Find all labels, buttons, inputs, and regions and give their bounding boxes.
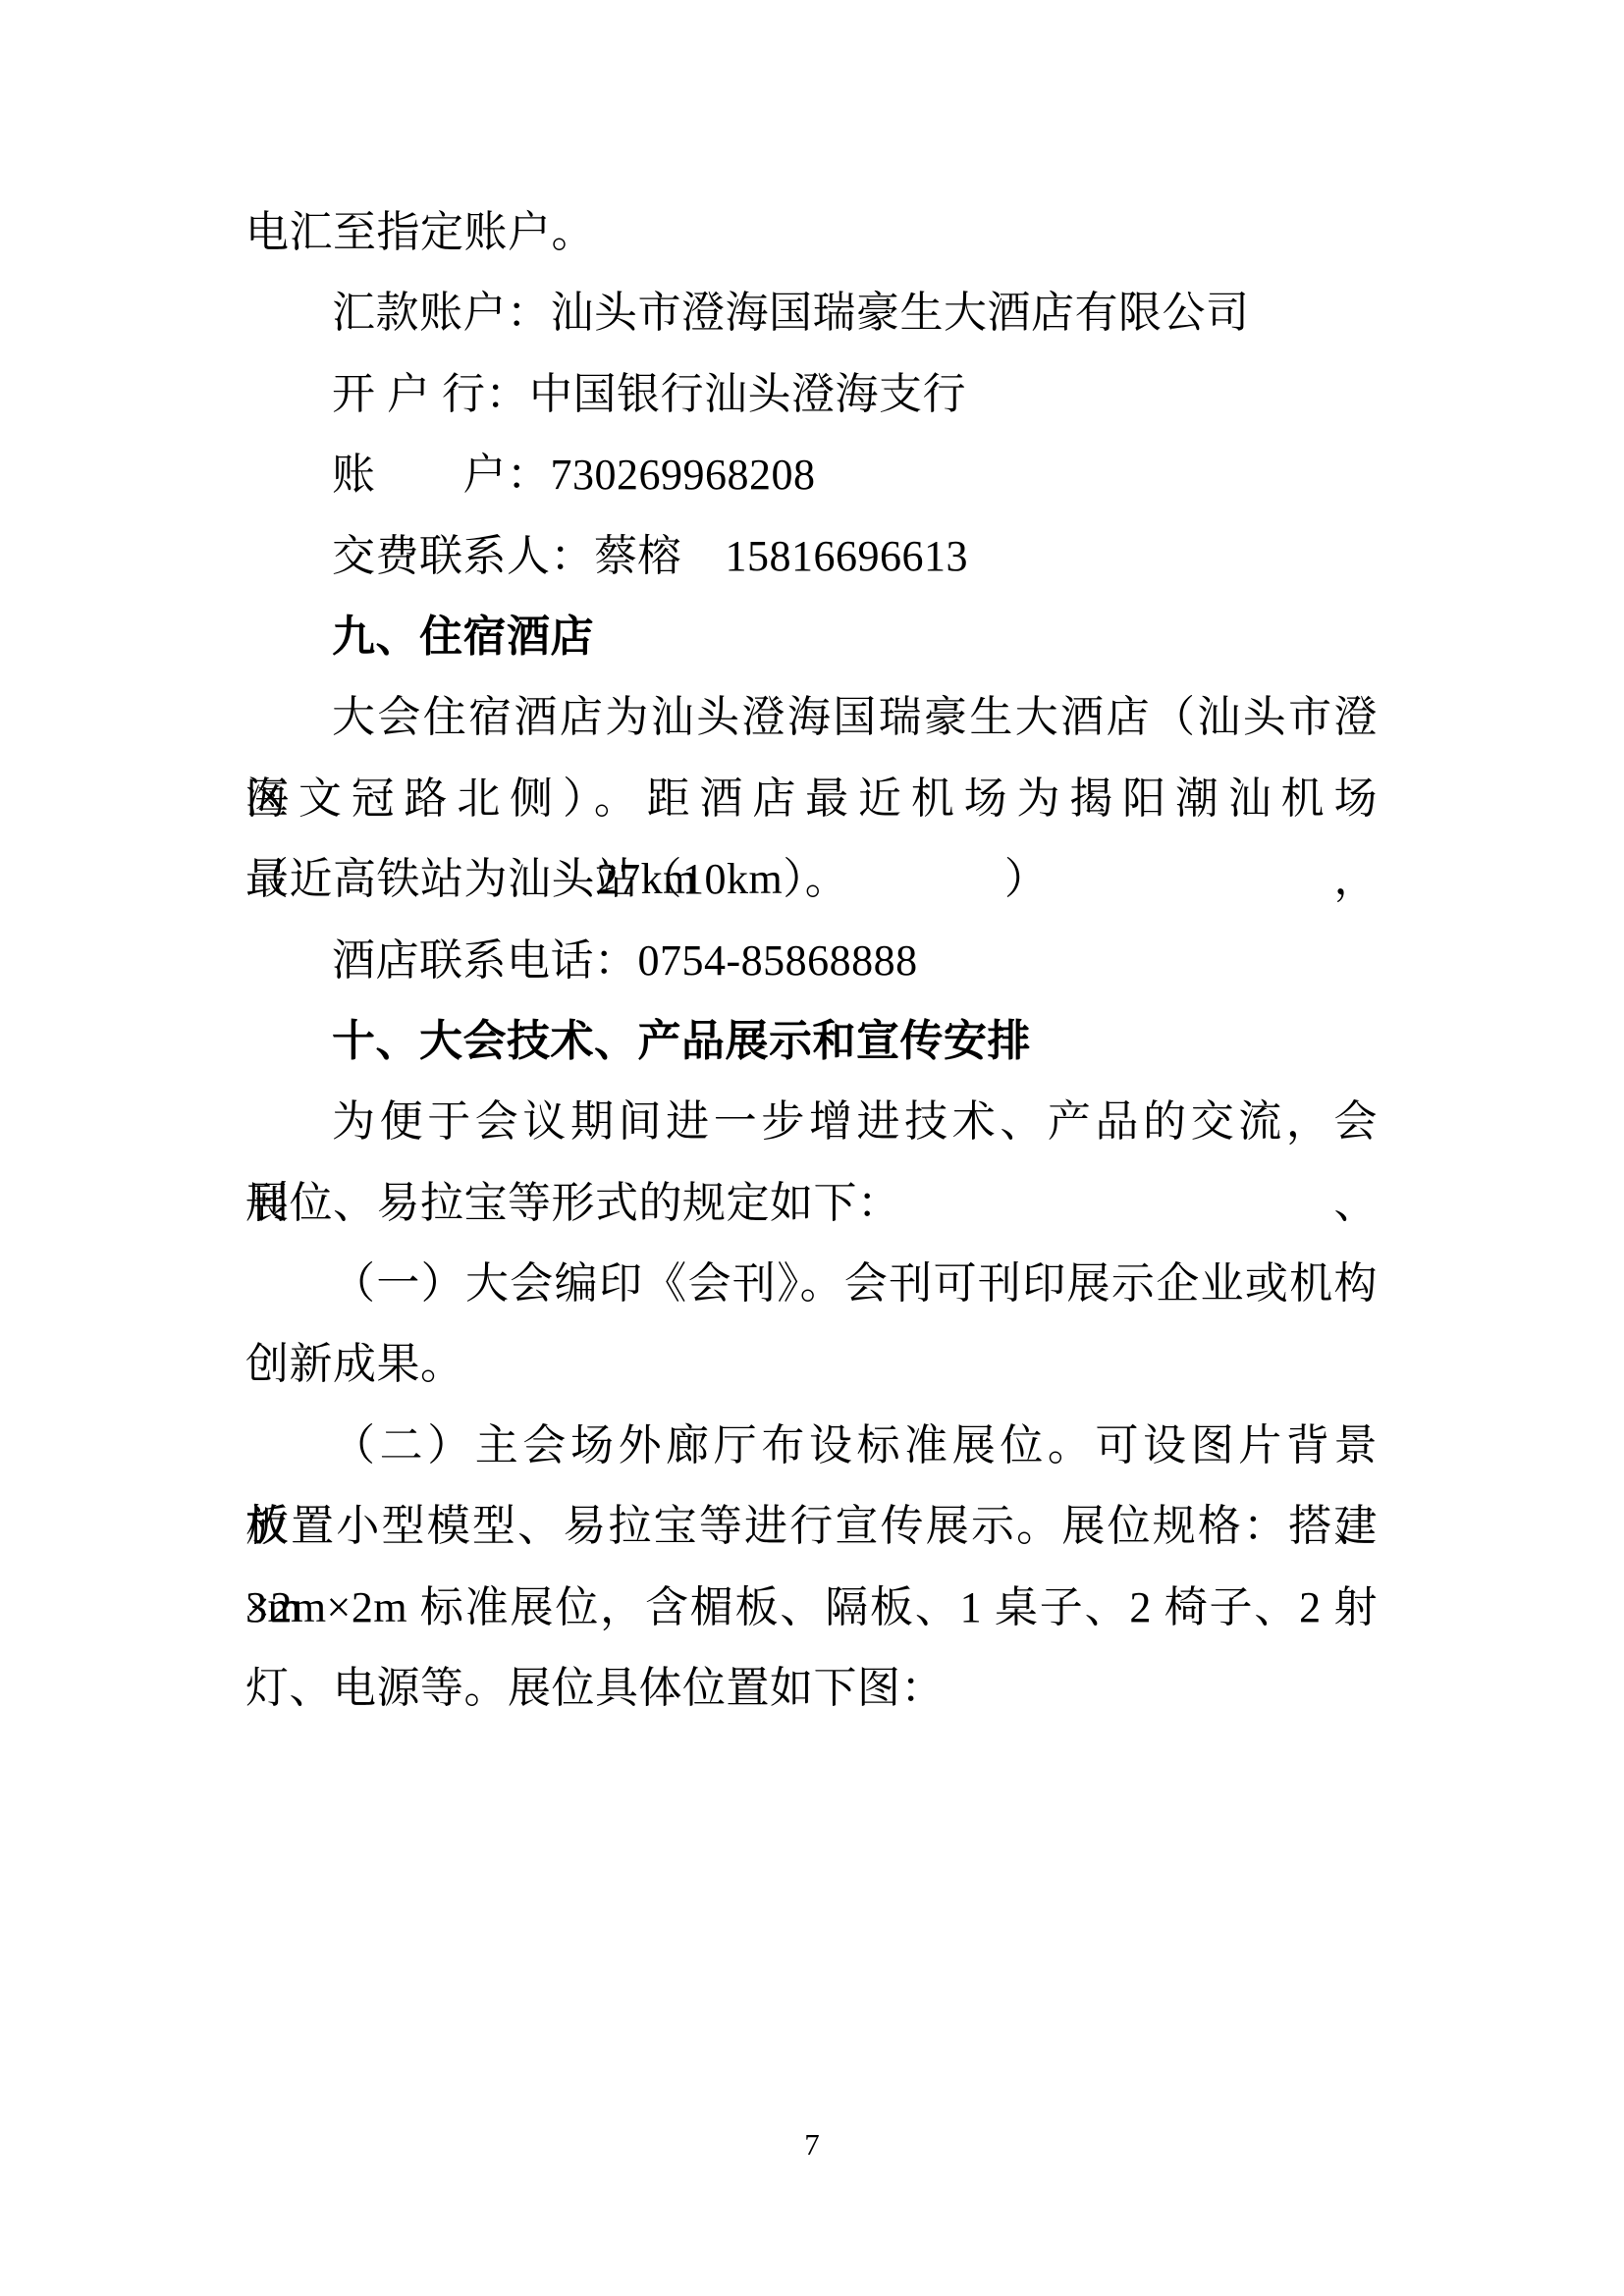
line-item-1-part-1: （一）大会编印《会刊》。会刊可刊印展示企业或机构	[245, 1244, 1378, 1324]
heading-section-9: 九、住宿酒店	[245, 597, 1378, 677]
heading-section-10: 十、大会技术、产品展示和宣传安排	[245, 1001, 1378, 1082]
line-account-number: 账 户：730269968208	[245, 435, 1378, 515]
line-bank-branch: 开 户 行：中国银行汕头澄海支行	[245, 354, 1378, 435]
document-body: 电汇至指定账户。 汇款账户：汕头市澄海国瑞豪生大酒店有限公司 开 户 行：中国银…	[245, 192, 1378, 1729]
line-hotel-phone: 酒店联系电话：0754-85868888	[245, 921, 1378, 1001]
document-page: 电汇至指定账户。 汇款账户：汕头市澄海国瑞豪生大酒店有限公司 开 户 行：中国银…	[0, 0, 1624, 2296]
line-item-2-part-4: 灯、电源等。展位具体位置如下图：	[245, 1648, 1378, 1729]
line-payment-contact: 交费联系人：蔡榕 15816696613	[245, 516, 1378, 597]
line-intro-paragraph-1: 为便于会议期间进一步增进技术、产品的交流，会刊、	[245, 1082, 1378, 1162]
line-item-2-part-2: 放置小型模型、易拉宝等进行宣传展示。展位规格：搭建 3m	[245, 1486, 1378, 1567]
page-number: 7	[0, 2125, 1624, 2164]
line-item-2-part-3: ×2m×2m 标准展位，含楣板、隔板、1 桌子、2 椅子、2 射	[245, 1568, 1378, 1648]
line-remittance-continuation: 电汇至指定账户。	[245, 192, 1378, 273]
line-item-1-part-2: 创新成果。	[245, 1324, 1378, 1405]
line-hotel-paragraph-2: 区文冠路北侧）。距酒店最近机场为揭阳潮汕机场（27km），	[245, 759, 1378, 839]
line-item-2-part-1: （二）主会场外廊厅布设标准展位。可设图片背景板、	[245, 1406, 1378, 1486]
line-hotel-paragraph-1: 大会住宿酒店为汕头澄海国瑞豪生大酒店（汕头市澄海	[245, 677, 1378, 758]
line-remit-account: 汇款账户：汕头市澄海国瑞豪生大酒店有限公司	[245, 273, 1378, 353]
